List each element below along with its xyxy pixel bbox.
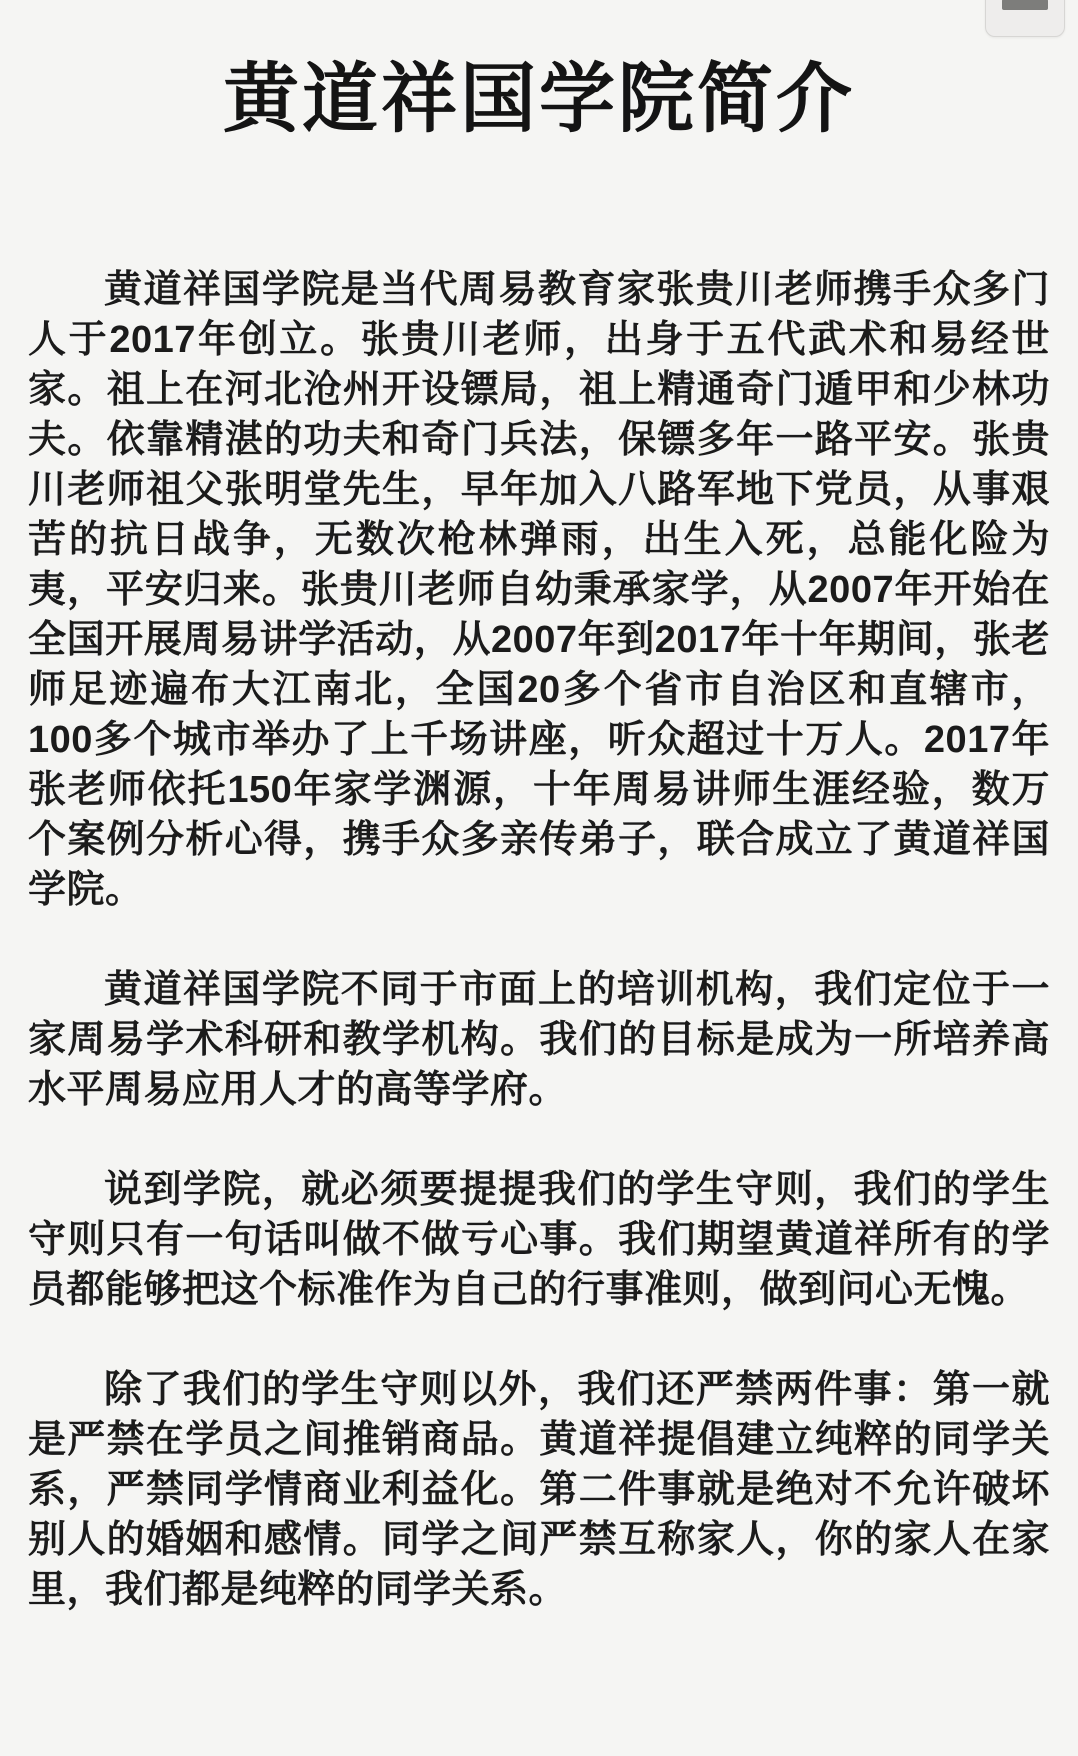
paragraph-history: 黄道祥国学院是当代周易教育家张贵川老师携手众多门人于2017年创立。张贵川老师，… (28, 265, 1050, 915)
page-title: 黄道祥国学院简介 (28, 56, 1050, 143)
document-body: 黄道祥国学院是当代周易教育家张贵川老师携手众多门人于2017年创立。张贵川老师，… (28, 265, 1050, 1615)
paragraph-prohibitions: 除了我们的学生守则以外，我们还严禁两件事：第一就是严禁在学员之间推销商品。黄道祥… (28, 1365, 1050, 1615)
document-content: 黄道祥国学院简介 黄道祥国学院是当代周易教育家张贵川老师携手众多门人于2017年… (0, 0, 1078, 1615)
paragraph-positioning: 黄道祥国学院不同于市面上的培训机构，我们定位于一家周易学术科研和教学机构。我们的… (28, 965, 1050, 1115)
paragraph-student-rules: 说到学院，就必须要提提我们的学生守则，我们的学生守则只有一句话叫做不做亏心事。我… (28, 1165, 1050, 1315)
document-page: 黄道祥国学院简介 黄道祥国学院是当代周易教育家张贵川老师携手众多门人于2017年… (0, 0, 1078, 1756)
